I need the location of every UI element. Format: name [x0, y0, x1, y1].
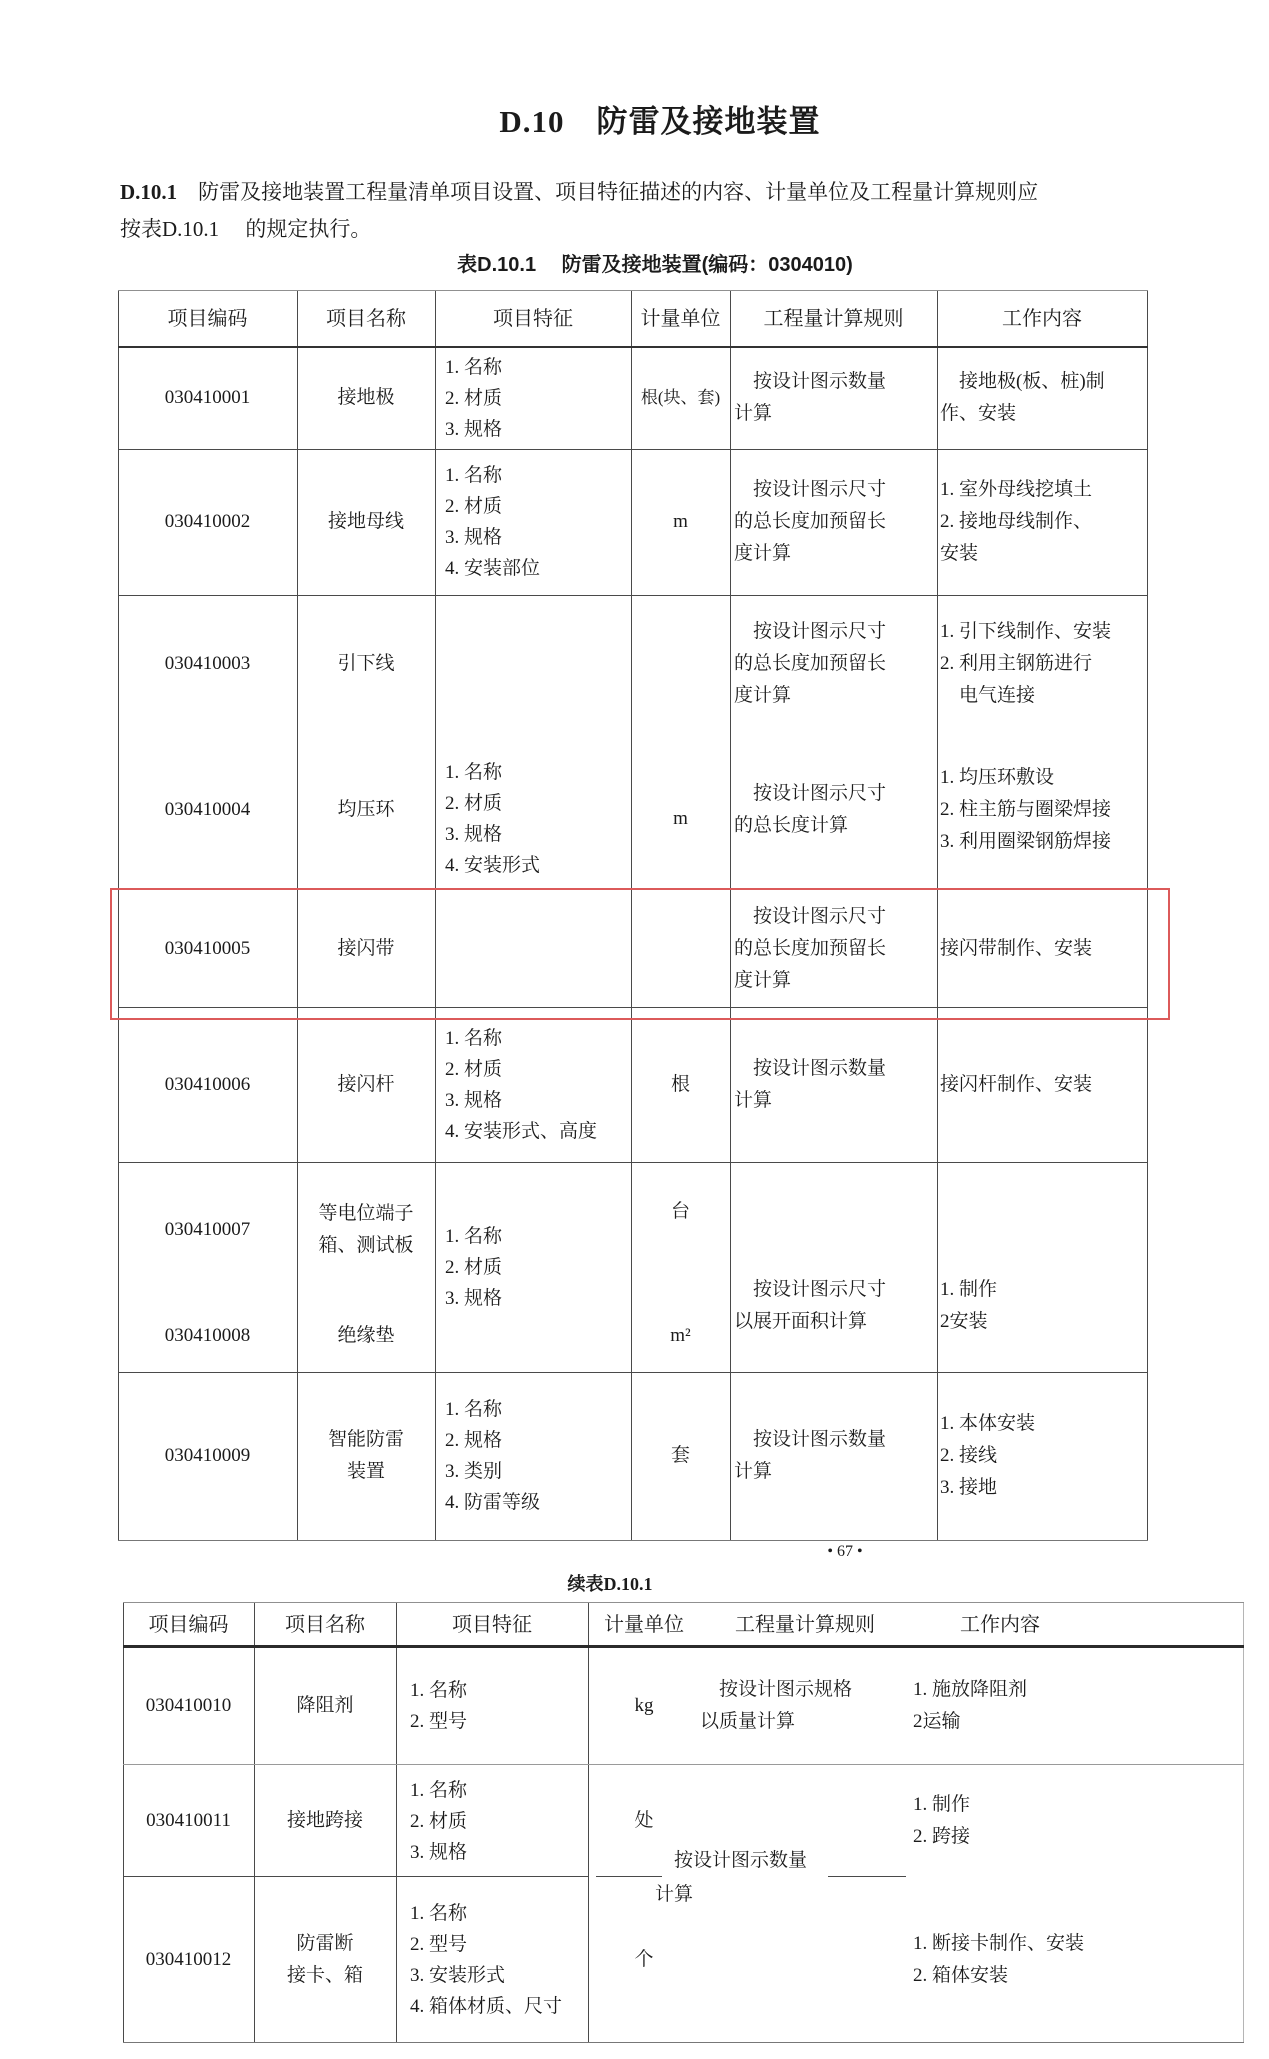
t1-r6-name: 接闪杆 — [297, 1007, 435, 1162]
t2-r12-unit: 个 — [588, 1878, 700, 2042]
t2-r12-work: 1. 断接卡制作、安装 2. 箱体安装 — [913, 1878, 1173, 2042]
t1-r6-feat: 1. 名称 2. 材质 3. 规格 4. 安装形式、高度 — [445, 1007, 627, 1162]
t1-r3-name: 引下线 — [297, 595, 435, 732]
table-border — [1243, 1602, 1244, 2042]
t2-header-name: 项目名称 — [254, 1602, 396, 1647]
t1-r6-unit: 根 — [631, 1007, 730, 1162]
t1-r2-rule: 按设计图示尺寸 的总长度加预留长 度计算 — [734, 449, 932, 595]
t2-r10-work: 1. 施放降阻剂 2运输 — [913, 1647, 1173, 1764]
t1-r4-work: 1. 均压环敷设 2. 柱主筋与圈梁焊接 3. 利用圈梁钢筋焊接 — [940, 732, 1142, 888]
t1-r1-code: 030410001 — [118, 347, 297, 449]
t1-r3-code: 030410003 — [118, 595, 297, 732]
t1-r1-feat: 1. 名称 2. 材质 3. 规格 — [445, 347, 627, 449]
t1-header-rule: 工程量计算规则 — [730, 290, 937, 347]
t1-r2-code: 030410002 — [118, 449, 297, 595]
t1-r4-rule: 按设计图示尺寸 的总长度计算 — [734, 732, 932, 888]
table-border — [396, 1602, 397, 2042]
t1-r2-name: 接地母线 — [297, 449, 435, 595]
t2-header-code: 项目编码 — [123, 1602, 254, 1647]
table-border — [123, 2042, 1244, 2043]
clause-text: 防雷及接地装置工程量清单项目设置、项目特征描述的内容、计量单位及工程量计算规则应 — [177, 180, 1038, 204]
t1-r3-rule: 按设计图示尺寸 的总长度加预留长 度计算 — [734, 595, 932, 732]
t1-r7to8-feat: 1. 名称 2. 材质 3. 规格 — [445, 1162, 627, 1372]
clause-line-1: D.10.1 防雷及接地装置工程量清单项目设置、项目特征描述的内容、计量单位及工… — [120, 176, 1190, 208]
t1-r9-unit: 套 — [631, 1372, 730, 1540]
t1-r7to8-rule: 按设计图示尺寸 以展开面积计算 — [734, 1240, 932, 1372]
t1-r2-work: 1. 室外母线挖填土 2. 接地母线制作、 安装 — [940, 449, 1142, 595]
t1-r7to8-work: 1. 制作 2安装 — [940, 1240, 1142, 1372]
t1-r1-unit: 根(块、套) — [625, 347, 736, 449]
t1-r1-rule: 按设计图示数量 计算 — [734, 347, 932, 449]
section-title: D.10 防雷及接地装置 — [55, 96, 1265, 141]
t1-r4-code: 030410004 — [118, 732, 297, 888]
t1-r9-code: 030410009 — [118, 1372, 297, 1540]
t2-header-work: 工作内容 — [900, 1602, 1100, 1647]
t1-r9-work: 1. 本体安装 2. 接线 3. 接地 — [940, 1372, 1142, 1540]
t1-header-code: 项目编码 — [118, 290, 297, 347]
t2-r11-work: 1. 制作 2. 跨接 — [913, 1764, 1173, 1878]
t1-header-name: 项目名称 — [297, 290, 435, 347]
t1-r6-code: 030410006 — [118, 1007, 297, 1162]
t1-r8-unit: m² — [631, 1300, 730, 1372]
t2-r11-feat: 1. 名称 2. 材质 3. 规格 — [410, 1764, 582, 1878]
t2-r10-unit: kg — [588, 1647, 700, 1764]
t2-r11-name: 接地跨接 — [254, 1764, 396, 1878]
clause-number: D.10.1 — [120, 180, 177, 204]
t1-r7-unit: 台 — [631, 1162, 730, 1262]
t1-r9-feat: 1. 名称 2. 规格 3. 类别 4. 防雷等级 — [445, 1372, 627, 1540]
t2-r10-name: 降阻剂 — [254, 1647, 396, 1764]
t2-r10-rule: 按设计图示规格 以质量计算 — [700, 1647, 908, 1764]
t2-r10-code: 030410010 — [123, 1647, 254, 1764]
t2-r12-code: 030410012 — [123, 1878, 254, 2042]
table2-caption: 续表D.10.1 — [0, 1570, 1220, 1596]
t1-r1-work: 接地极(板、桩)制 作、安装 — [940, 347, 1142, 449]
t1-header-work: 工作内容 — [937, 290, 1147, 347]
table1-caption: 表D.10.1 防雷及接地装置(编码：0304010) — [45, 248, 1265, 277]
t2-r11-code: 030410011 — [123, 1764, 254, 1878]
t2-r10-feat: 1. 名称 2. 型号 — [410, 1647, 582, 1764]
t2-header-feat: 项目特征 — [396, 1602, 588, 1647]
t2-header-unit: 计量单位 — [588, 1602, 700, 1647]
t1-r2-unit: m — [631, 449, 730, 595]
table-border — [118, 1540, 1148, 1541]
t1-r9-name: 智能防雷 装置 — [297, 1372, 435, 1540]
clause-line-2: 按表D.10.1 的规定执行。 — [120, 213, 820, 245]
t1-r9-rule: 按设计图示数量 计算 — [734, 1372, 932, 1540]
t1-r6-work: 接闪杆制作、安装 — [940, 1007, 1142, 1162]
document-page: D.10 防雷及接地装置 D.10.1 防雷及接地装置工程量清单项目设置、项目特… — [0, 0, 1269, 2059]
t1-r8-code: 030410008 — [118, 1300, 297, 1372]
t1-r6-rule: 按设计图示数量 计算 — [734, 1007, 932, 1162]
t1-header-unit: 计量单位 — [631, 290, 730, 347]
t1-r8-name: 绝缘垫 — [297, 1300, 435, 1372]
t1-r7-name: 等电位端子 箱、测试板 — [297, 1170, 435, 1290]
t1-r7-code: 030410007 — [118, 1170, 297, 1290]
t2-r12-feat: 1. 名称 2. 型号 3. 安装形式 4. 箱体材质、尺寸 — [410, 1878, 582, 2042]
t1-r4-name: 均压环 — [297, 732, 435, 888]
t1-r3-work: 1. 引下线制作、安装 2. 利用主钢筋进行 电气连接 — [940, 595, 1142, 732]
highlight-box — [110, 888, 1170, 1020]
t2-r12-name: 防雷断 接卡、箱 — [254, 1878, 396, 2042]
t1-r2-feat: 1. 名称 2. 材质 3. 规格 4. 安装部位 — [445, 449, 627, 595]
t1-r1-name: 接地极 — [297, 347, 435, 449]
t1-header-feat: 项目特征 — [435, 290, 631, 347]
page-number: • 67 • — [790, 1543, 900, 1561]
t2-header-rule: 工程量计算规则 — [700, 1602, 910, 1647]
